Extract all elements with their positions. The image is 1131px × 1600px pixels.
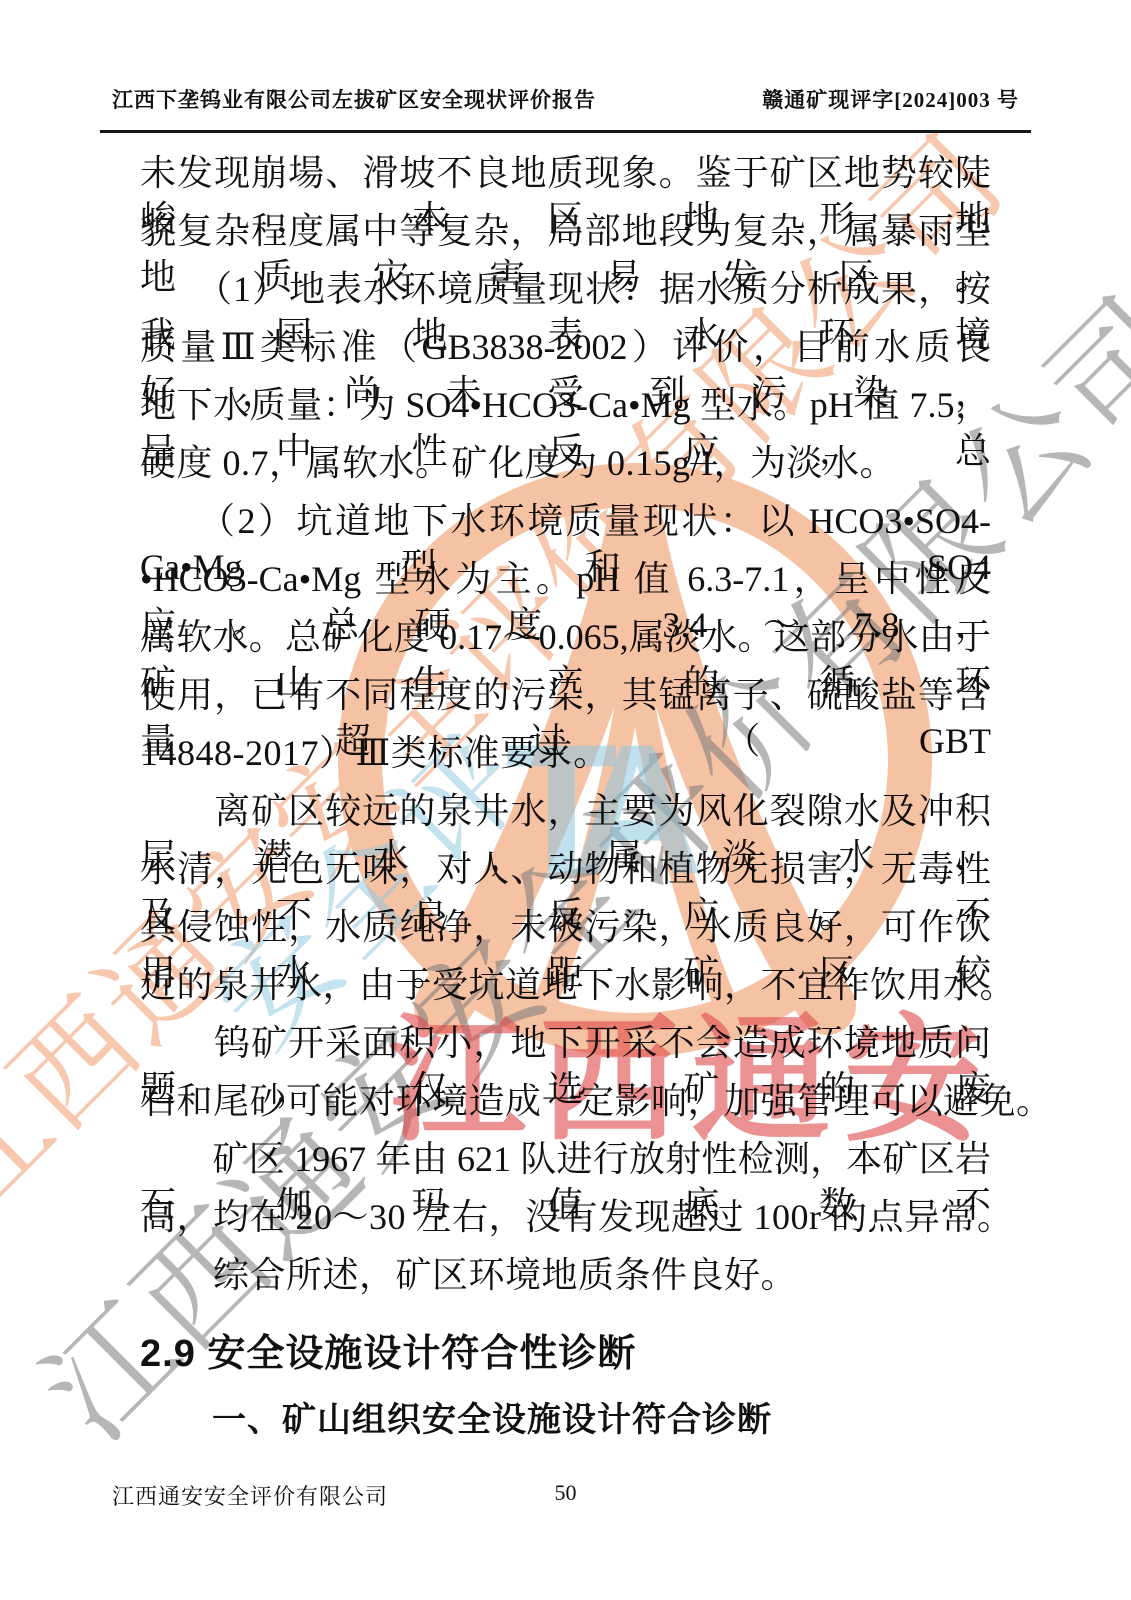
section-heading: 2.9 安全设施设计符合性诊断 (140, 1322, 636, 1377)
header-doc-number: 赣通矿现评字[2024]003 号 (762, 84, 1019, 114)
body-line: 使用，已有不同程度的污染，其锰离子、硫酸盐等含量超过（GBT (140, 672, 991, 718)
body-line: 近的泉井水，由于受坑道地下水影响，不宜作饮用水。 (140, 962, 991, 1008)
body-line: 矿区 1967 年由 621 队进行放射性检测，本矿区岩石伽玛值底数不 (140, 1136, 991, 1182)
body-line: 高，均在 20～30 左右，没有发现超过 100r 的点异常。 (140, 1194, 991, 1240)
body-line: 硬度 0.7，属软水。矿化度为 0.15g/I，为淡水。 (140, 440, 991, 486)
body-line: •HCO3-Ca•Mg 型水为主。pH 值 6.3-7.1，呈中性反应。总硬度 … (140, 556, 991, 602)
header-report-title: 江西下垄钨业有限公司左拔矿区安全现状评价报告 (112, 84, 596, 114)
body-line: 综合所述，矿区环境地质条件良好。 (140, 1252, 991, 1298)
footer-page-number: 50 (0, 1480, 1131, 1506)
body-line: 14848-2017）Ⅲ类标准要求。 (140, 730, 991, 776)
header-rule (100, 130, 1031, 133)
body-line: 未发现崩場、滑坡不良地质现象。鉴于矿区地势较陡峻，本区地形地 (140, 150, 991, 196)
body-line: 石和尾砂可能对环境造成一定影响，加强管理可以避免。 (140, 1078, 991, 1124)
body-line: 钨矿开采面积小，地下开采不会造成环境地质问题，仅选矿的废 (140, 1020, 991, 1066)
body-line: 具侵蚀性，水质纯净，未被污染，水质良好，可作饮用水。距矿区较 (140, 904, 991, 950)
body-line: 水清，无色无味，对人、动物和植物无损害，无毒性及不良反应。不 (140, 846, 991, 892)
body-line: 离矿区较远的泉井水，主要为风化裂隙水及冲积层潜水，属淡水， (140, 788, 991, 834)
body-line: 地下水质量：为 SO4•HCO3-Ca•Mg 型水。pH 值 7.5，呈中性反应… (140, 382, 991, 428)
body-line: 貌复杂程度属中等复杂，局部地段为复杂，属暴雨型地质灾害易发区。 (140, 208, 991, 254)
body-line: 质量Ⅲ类标准（GB3838-2002）评价，目前水质良好，尚未受到污染， (140, 324, 991, 370)
report-page: 江西下垄钨业有限公司左拔矿区安全现状评价报告 赣通矿现评字[2024]003 号… (0, 0, 1131, 1600)
body-line: （1）地表水环境质量现状：据水质分析成果，按我国地表水环境 (140, 266, 991, 312)
body-line: 属软水。总矿化度 0.17～0.065,属淡水。这部分水由于矿山生产的循环 (140, 614, 991, 660)
body-line: （2）坑道地下水环境质量现状：以 HCO3•SO4-Ca•Mg 型和 SO4 (140, 498, 991, 544)
subsection-heading: 一、矿山组织安全设施设计符合诊断 (140, 1392, 772, 1441)
